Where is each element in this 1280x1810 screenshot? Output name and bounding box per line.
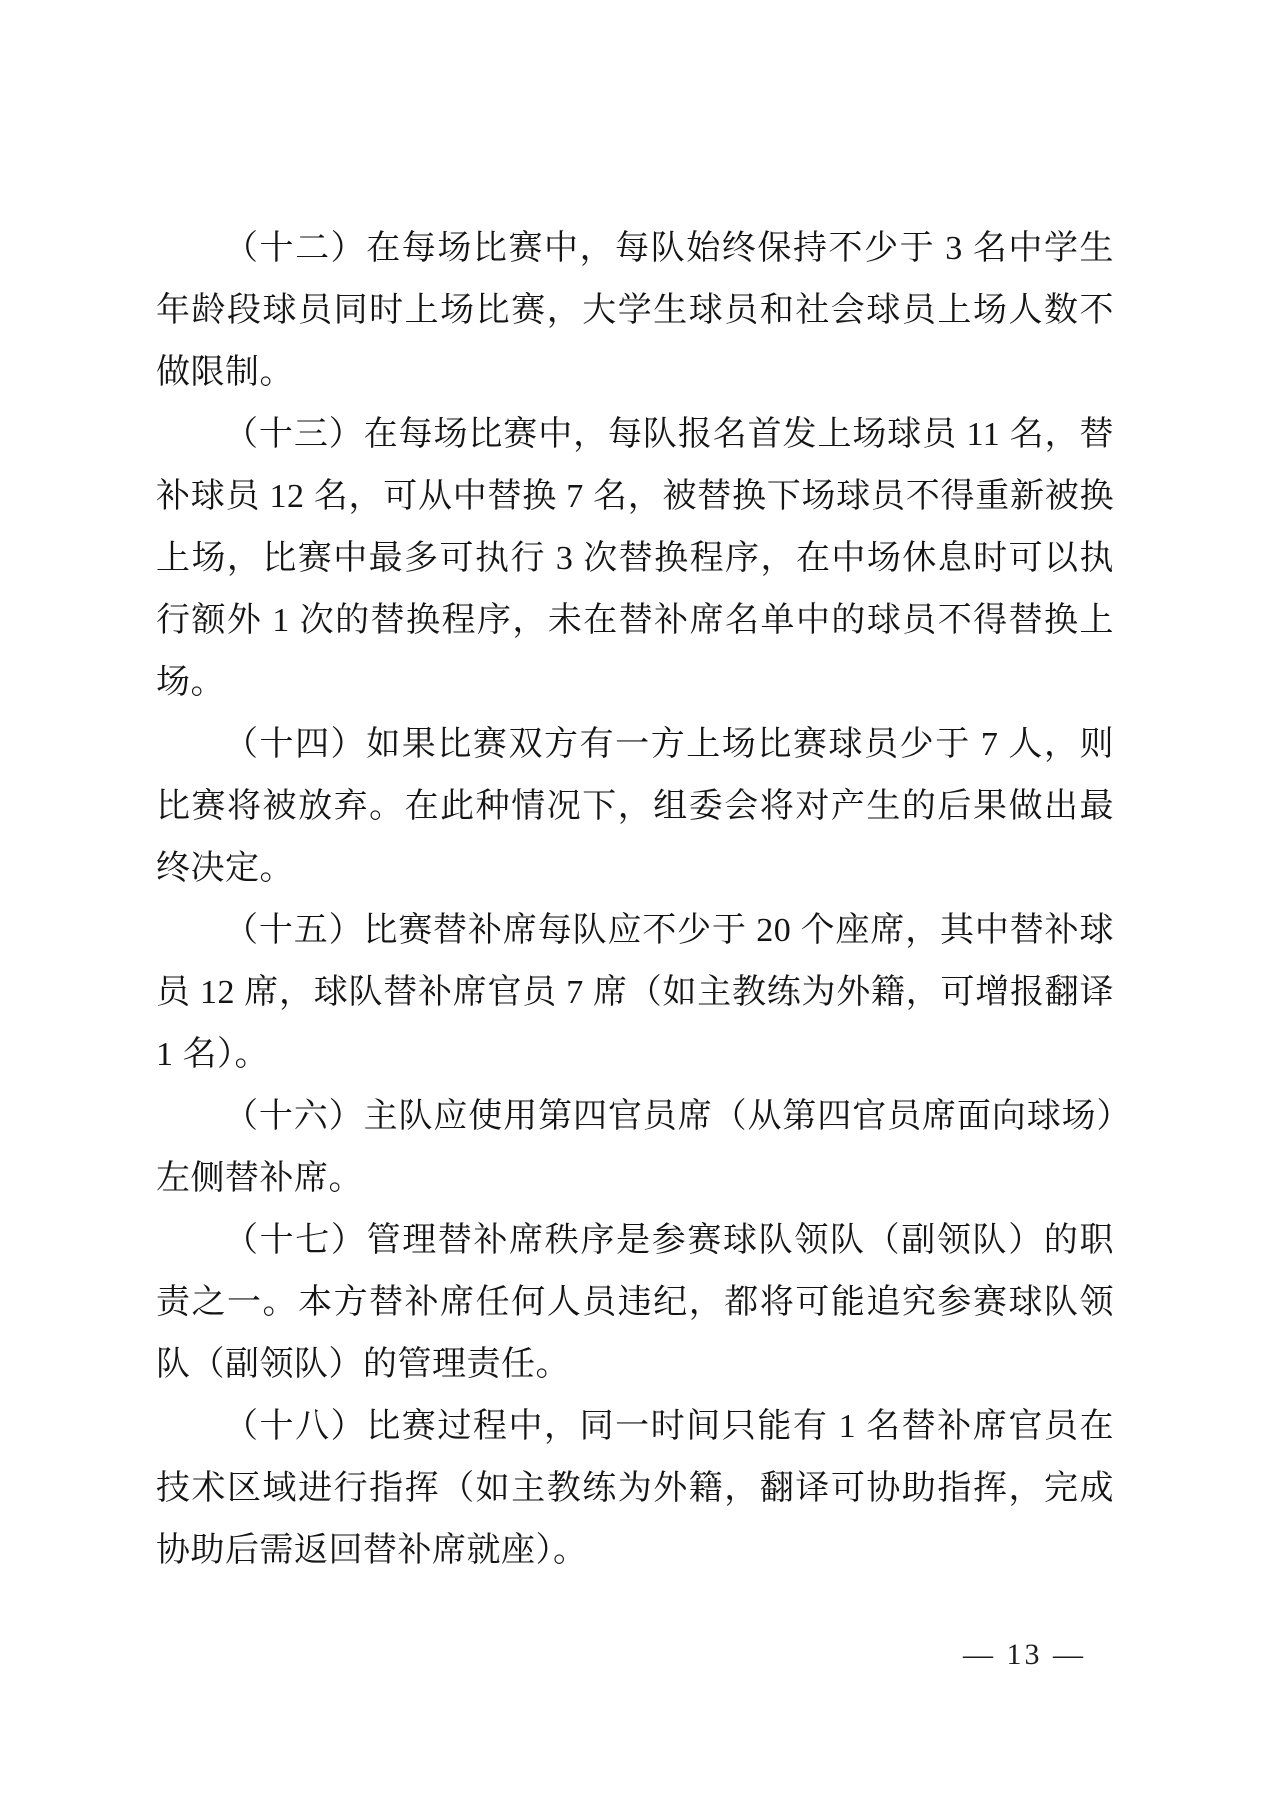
paragraph-clause-13: （十三）在每场比赛中，每队报名首发上场球员 11 名，替补球员 12 名，可从中… [156,404,1114,714]
paragraph-clause-14: （十四）如果比赛双方有一方上场比赛球员少于 7 人，则比赛将被放弃。在此种情况下… [156,714,1114,900]
paragraph-clause-18: （十八）比赛过程中，同一时间只能有 1 名替补席官员在技术区域进行指挥（如主教练… [156,1396,1114,1582]
paragraph-clause-15: （十五）比赛替补席每队应不少于 20 个座席，其中替补球员 12 席，球队替补席… [156,900,1114,1086]
paragraph-clause-16: （十六）主队应使用第四官员席（从第四官员席面向球场）左侧替补席。 [156,1086,1114,1210]
paragraph-clause-12: （十二）在每场比赛中，每队始终保持不少于 3 名中学生年龄段球员同时上场比赛，大… [156,218,1114,404]
document-body: （十二）在每场比赛中，每队始终保持不少于 3 名中学生年龄段球员同时上场比赛，大… [156,218,1114,1582]
paragraph-clause-17: （十七）管理替补席秩序是参赛球队领队（副领队）的职责之一。本方替补席任何人员违纪… [156,1210,1114,1396]
page-number: — 13 — [963,1638,1086,1672]
document-page: （十二）在每场比赛中，每队始终保持不少于 3 名中学生年龄段球员同时上场比赛，大… [0,0,1280,1810]
